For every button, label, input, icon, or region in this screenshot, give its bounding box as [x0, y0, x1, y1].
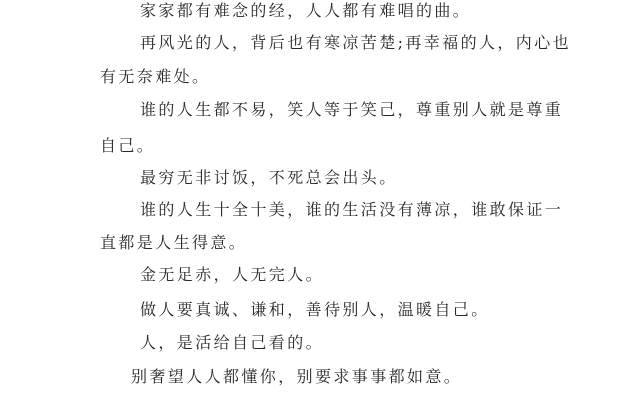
paragraph-line: 最穷无非讨饭，不死总会出头。: [140, 168, 398, 188]
document-page: 家家都有难念的经，人人都有难唱的曲。 再风光的人，背后也有寒凉苦楚;再幸福的人，…: [0, 0, 640, 400]
paragraph-line: 别奢望人人都懂你，别要求事事都如意。: [131, 367, 462, 387]
paragraph-line: 谁的人生十全十美，谁的生活没有薄凉，谁敢保证一: [140, 200, 563, 220]
paragraph-line: 金无足赤，人无完人。: [140, 265, 324, 285]
paragraph-line: 再风光的人，背后也有寒凉苦楚;再幸福的人，内心也: [140, 33, 571, 53]
paragraph-line: 自己。: [100, 136, 155, 156]
paragraph-line: 人，是活给自己看的。: [140, 333, 324, 353]
paragraph-line: 直都是人生得意。: [100, 233, 247, 253]
paragraph-line: 做人要真诚、谦和，善待别人，温暖自己。: [140, 300, 490, 320]
paragraph-line: 有无奈难处。: [100, 67, 210, 87]
paragraph-line: 家家都有难念的经，人人都有难唱的曲。: [140, 1, 471, 21]
paragraph-line: 谁的人生都不易，笑人等于笑己，尊重别人就是尊重: [140, 100, 563, 120]
